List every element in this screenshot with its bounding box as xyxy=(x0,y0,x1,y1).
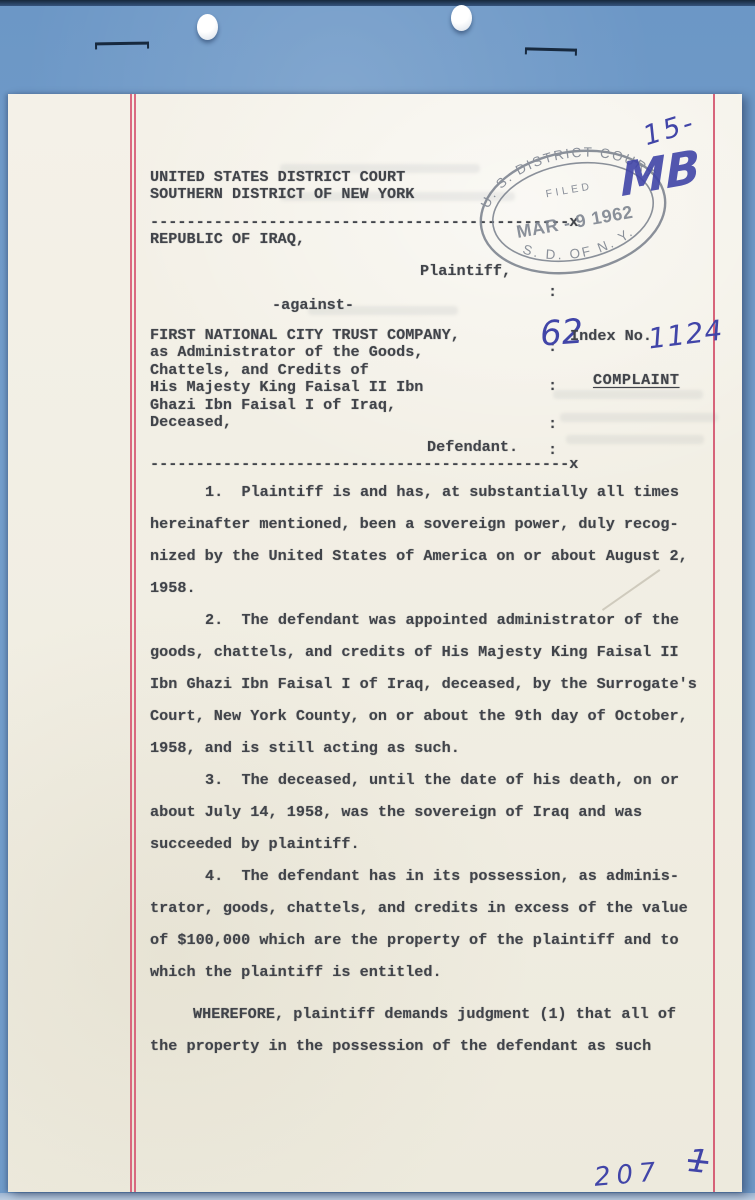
backing-top-edge xyxy=(0,0,755,6)
handwritten-check-mark: 1 xyxy=(686,1141,710,1181)
stamp-filed-text: FILED xyxy=(545,180,594,200)
document-page: UNITED STATES DISTRICT COURT SOUTHERN DI… xyxy=(8,94,742,1192)
handwritten-page-number: 207 xyxy=(593,1157,663,1193)
body-line: 4. The defendant has in its possession, … xyxy=(205,868,679,885)
court-district-line: SOUTHERN DISTRICT OF NEW YORK xyxy=(150,186,414,203)
body-line: which the plaintiff is entitled. xyxy=(150,964,442,981)
body-line: the property in the possession of the de… xyxy=(150,1038,651,1055)
body-line: trator, goods, chattels, and credits in … xyxy=(150,900,688,917)
bleed-through-smudge xyxy=(560,413,718,422)
caption-colon: : xyxy=(548,416,557,433)
plaintiff-name: REPUBLIC OF IRAQ, xyxy=(150,231,305,248)
backing-slit-right xyxy=(526,47,576,51)
defendant-line: FIRST NATIONAL CITY TRUST COMPANY, xyxy=(150,327,460,344)
paper-fastener-left xyxy=(197,14,218,40)
body-line: WHEREFORE, plaintiff demands judgment (1… xyxy=(193,1006,676,1023)
court-name-line: UNITED STATES DISTRICT COURT xyxy=(150,169,405,186)
bleed-through-smudge xyxy=(553,390,703,399)
caption-colon: : xyxy=(548,378,557,395)
paper-fastener-right xyxy=(451,5,472,31)
defendant-label: Defendant. xyxy=(427,439,518,456)
caption-separator-bottom: ----------------------------------------… xyxy=(150,456,578,473)
defendant-line: Chattels, and Credits of xyxy=(150,362,369,379)
backing-slit-left xyxy=(96,42,148,46)
body-line: Court, New York County, on or about the … xyxy=(150,708,688,725)
margin-line-left-inner xyxy=(134,94,136,1192)
defendant-line: Ghazi Ibn Faisal I of Iraq, xyxy=(150,397,396,414)
body-line: succeeded by plaintiff. xyxy=(150,836,360,853)
caption-colon: : xyxy=(548,284,557,301)
body-line: 3. The deceased, until the date of his d… xyxy=(205,772,679,789)
paper-crease xyxy=(602,569,660,610)
body-line: 2. The defendant was appointed administr… xyxy=(205,612,679,629)
body-line: goods, chattels, and credits of His Maje… xyxy=(150,644,679,661)
backing-bottom-edge xyxy=(0,1193,755,1200)
body-line: 1958. xyxy=(150,580,196,597)
body-line: about July 14, 1958, was the sovereign o… xyxy=(150,804,642,821)
body-line: of $100,000 which are the property of th… xyxy=(150,932,679,949)
scanned-legal-filing: { "document": { "court_lines": [ "UNITED… xyxy=(0,0,755,1200)
margin-line-right xyxy=(713,94,715,1192)
bleed-through-smudge xyxy=(566,435,704,444)
body-line: hereinafter mentioned, been a sovereign … xyxy=(150,516,679,533)
margin-line-left-outer xyxy=(130,94,132,1192)
defendant-line: Deceased, xyxy=(150,414,232,431)
index-no-label: Index No. xyxy=(570,328,652,345)
defendant-line: His Majesty King Faisal II Ibn xyxy=(150,379,423,396)
versus-label: -against- xyxy=(272,297,354,314)
body-line: 1. Plaintiff is and has, at substantiall… xyxy=(205,484,679,501)
body-line: Ibn Ghazi Ibn Faisal I of Iraq, deceased… xyxy=(150,676,697,693)
defendant-line: as Administrator of the Goods, xyxy=(150,344,423,361)
body-line: 1958, and is still acting as such. xyxy=(150,740,460,757)
body-line: nized by the United States of America on… xyxy=(150,548,688,565)
complaint-title: COMPLAINT xyxy=(593,372,680,389)
